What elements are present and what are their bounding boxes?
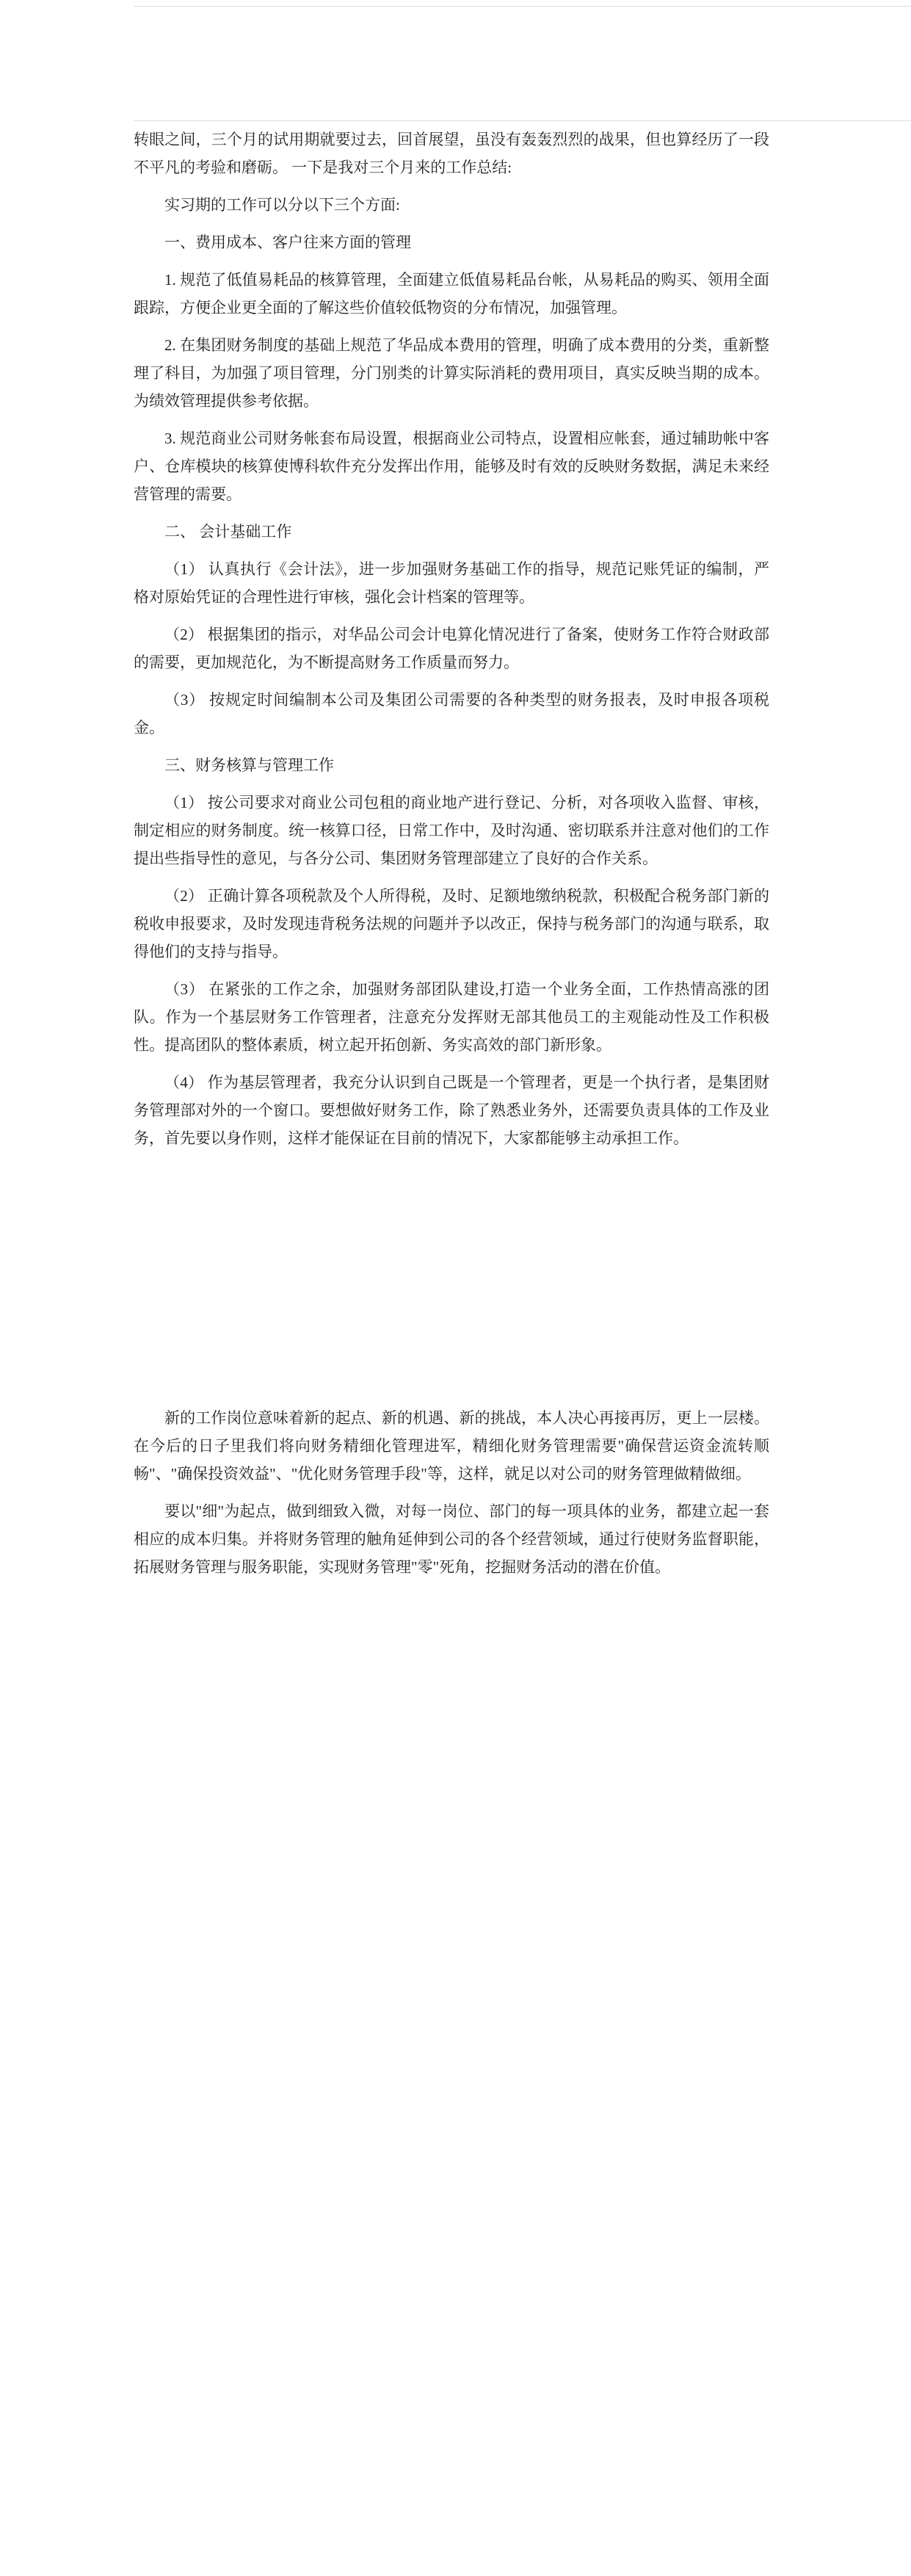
overview-paragraph: 实习期的工作可以分以下三个方面:: [134, 191, 769, 219]
section-3-heading: 三、财务核算与管理工作: [134, 751, 769, 779]
section-2-item-1: （1） 认真执行《会计法》，进一步加强财务基础工作的指导，规范记账凭证的编制，严…: [134, 555, 769, 611]
page-break-gap: [134, 1162, 769, 1404]
outlook-paragraph-1: 新的工作岗位意味着新的起点、新的机遇、新的挑战，本人决心再接再厉，更上一层楼。在…: [134, 1404, 769, 1488]
outlook-paragraph-2: 要以"细"为起点，做到细致入微，对每一岗位、部门的每一项具体的业务，都建立起一套…: [134, 1497, 769, 1581]
section-3-item-1: （1） 按公司要求对商业公司包租的商业地产进行登记、分析，对各项收入监督、审核，…: [134, 789, 769, 872]
section-1-heading: 一、费用成本、客户往来方面的管理: [134, 228, 769, 256]
section-1-item-3: 3. 规范商业公司财务帐套布局设置，根据商业公司特点，设置相应帐套，通过辅助帐中…: [134, 424, 769, 508]
section-1-item-1: 1. 规范了低值易耗品的核算管理，全面建立低值易耗品台帐，从易耗品的购买、领用全…: [134, 266, 769, 322]
page-separator-line-top: [134, 6, 911, 7]
section-2-heading: 二、 会计基础工作: [134, 518, 769, 546]
document-body: 转眼之间，三个月的试用期就要过去，回首展望，虽没有轰轰烈烈的战果，但也算经历了一…: [134, 126, 769, 1591]
section-2-item-2: （2） 根据集团的指示，对华品公司会计电算化情况进行了备案，使财务工作符合财政部…: [134, 621, 769, 676]
page-separator-line-above-text: [134, 120, 911, 121]
section-3-item-4: （4） 作为基层管理者，我充分认识到自己既是一个管理者，更是一个执行者，是集团财…: [134, 1068, 769, 1152]
document-page: 转眼之间，三个月的试用期就要过去，回首展望，虽没有轰轰烈烈的战果，但也算经历了一…: [0, 0, 911, 2576]
intro-paragraph: 转眼之间，三个月的试用期就要过去，回首展望，虽没有轰轰烈烈的战果，但也算经历了一…: [134, 126, 769, 181]
section-2-item-3: （3） 按规定时间编制本公司及集团公司需要的各种类型的财务报表，及时申报各项税金…: [134, 686, 769, 742]
section-1-item-2: 2. 在集团财务制度的基础上规范了华品成本费用的管理，明确了成本费用的分类，重新…: [134, 331, 769, 415]
section-3-item-3: （3） 在紧张的工作之余，加强财务部团队建设,打造一个业务全面，工作热情高涨的团…: [134, 975, 769, 1059]
section-3-item-2: （2） 正确计算各项税款及个人所得税，及时、足额地缴纳税款，积极配合税务部门新的…: [134, 882, 769, 966]
